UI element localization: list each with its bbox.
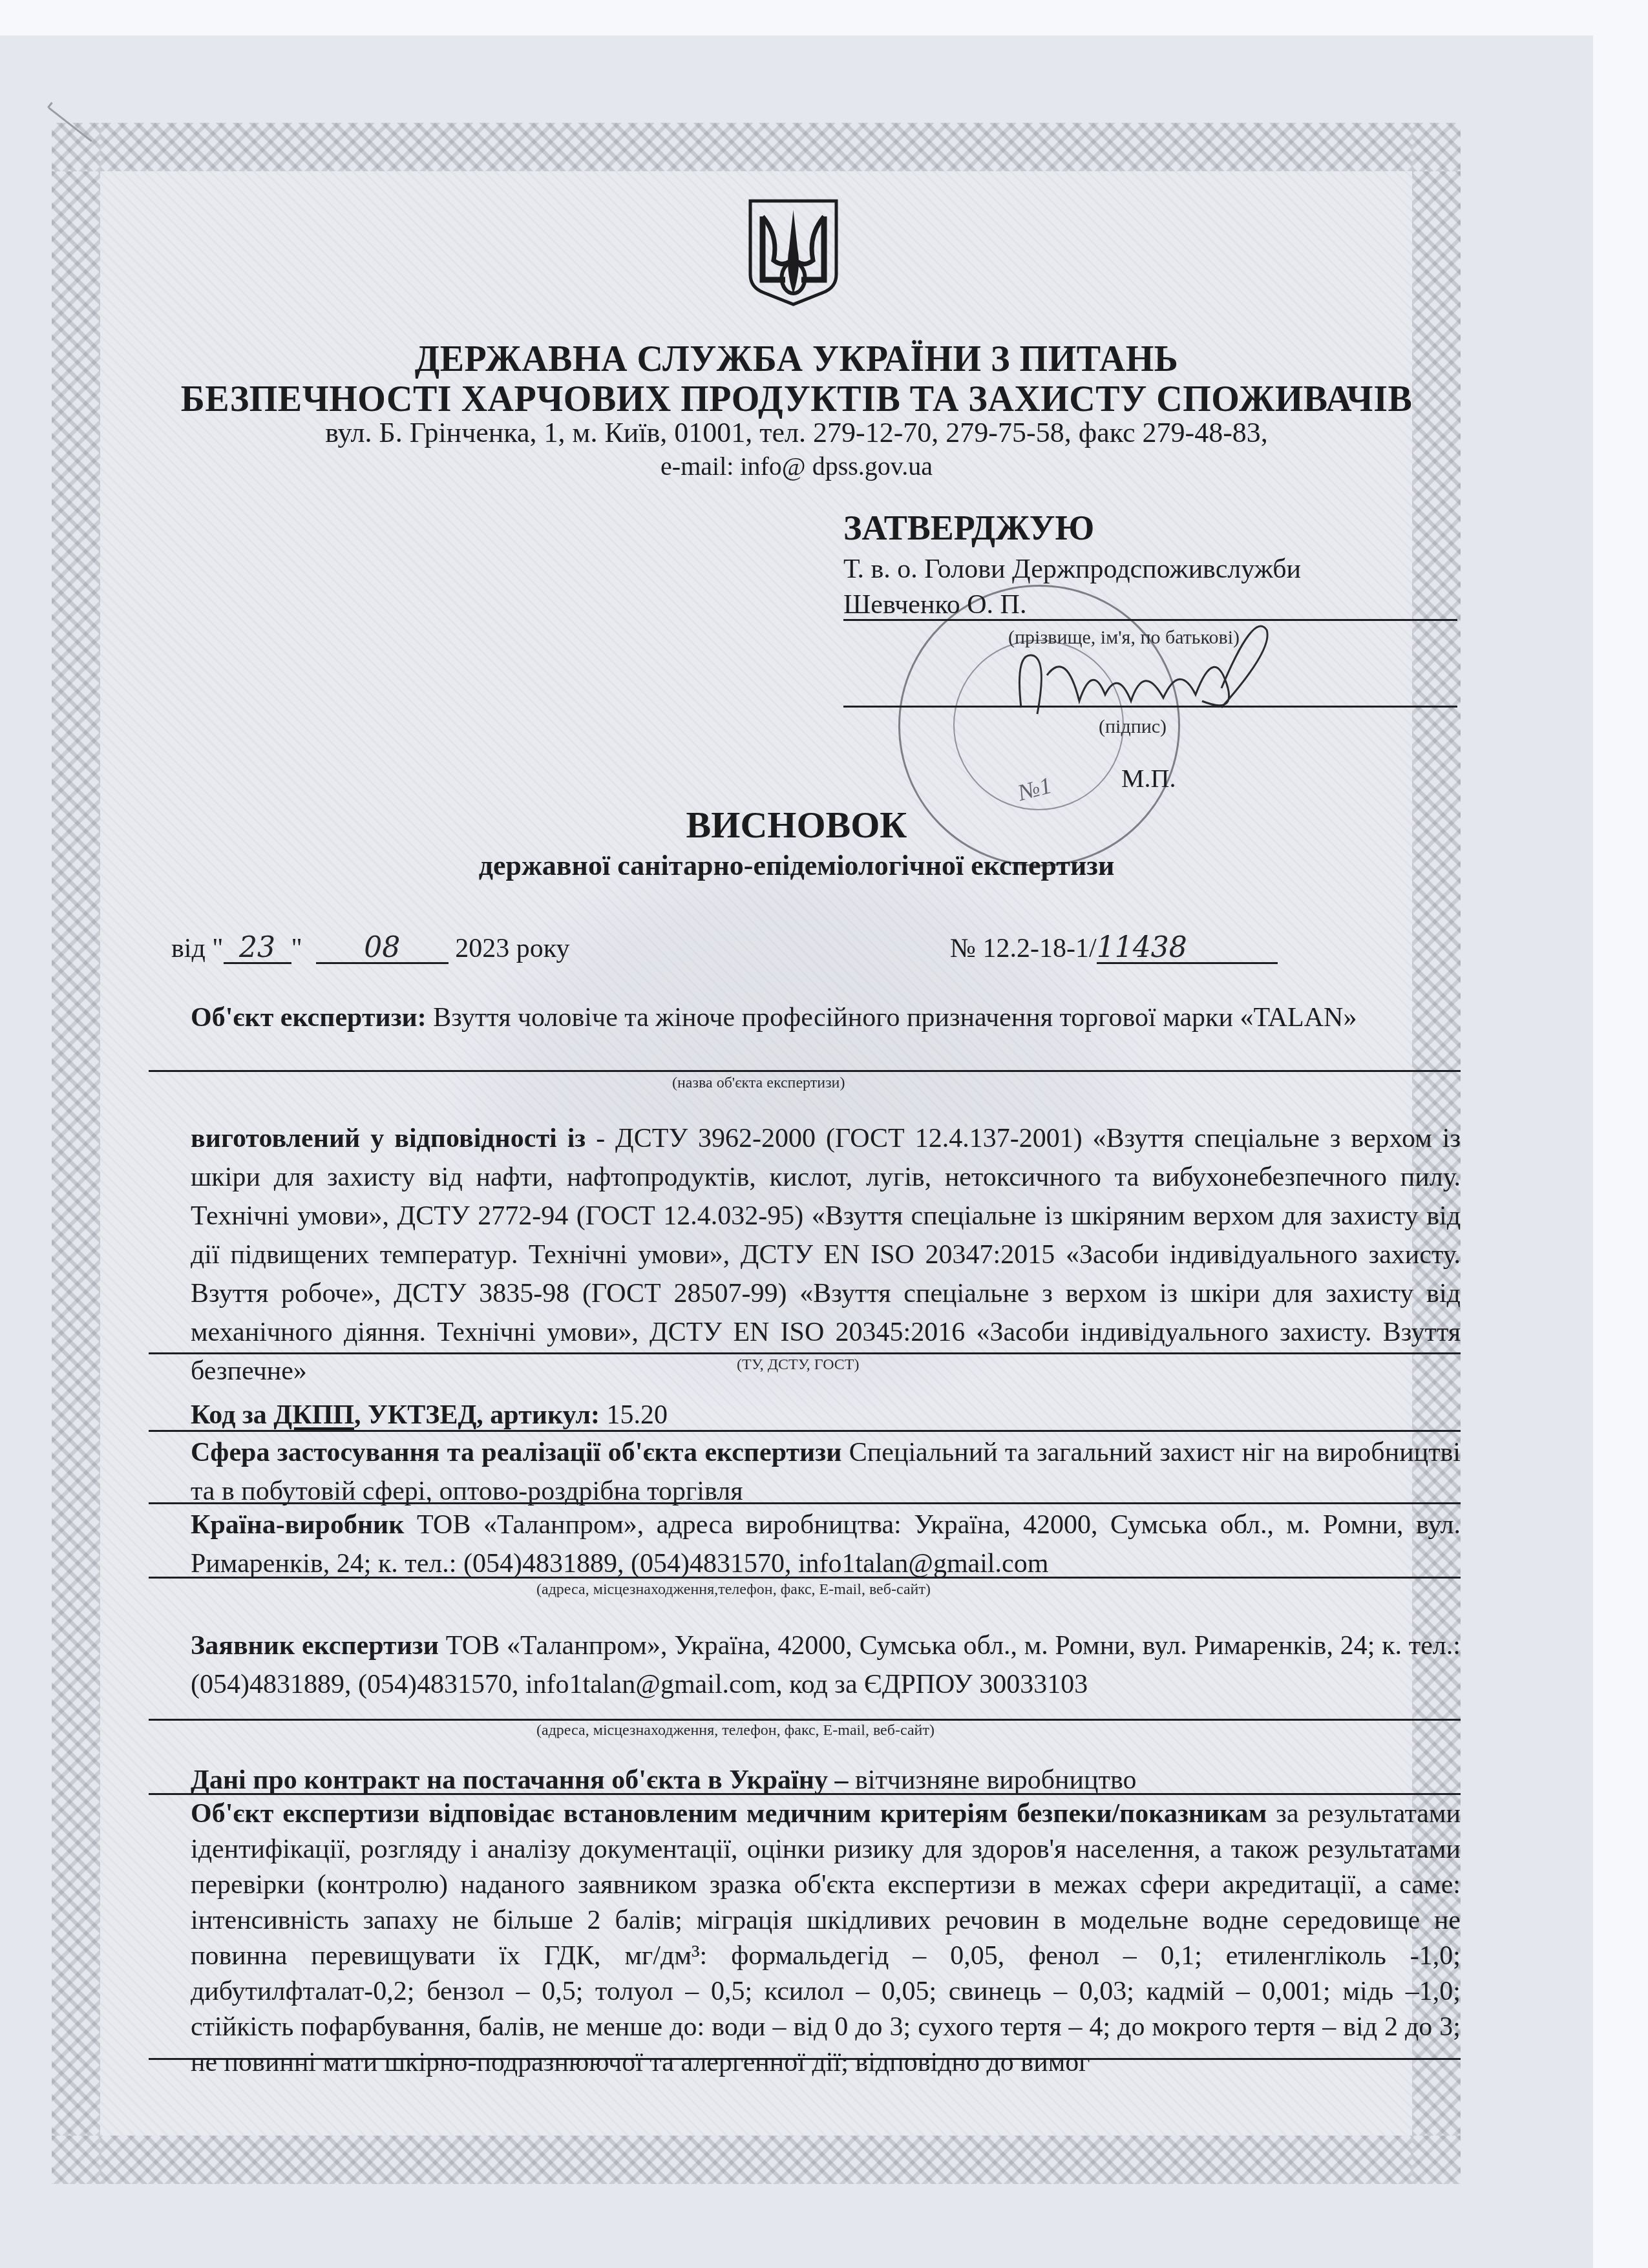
applicant-rule [149, 1719, 1461, 1721]
name-caption: (прізвище, ім'я, по батькові) [1008, 628, 1240, 647]
scope-label: Сфера застосування та реалізації об'єкта… [191, 1438, 841, 1467]
number-prefix: № 12.2-18-1/ [950, 934, 1097, 963]
document-date: від "23" 08 2023 року [171, 934, 569, 964]
org-name-line2: БЕЗПЕЧНОСТІ ХАРЧОВИХ ПРОДУКТІВ ТА ЗАХИСТ… [0, 381, 1593, 417]
ukraine-coat-of-arms-icon [746, 197, 840, 307]
field-applicant: Заявник експертизи ТОВ «Таланпром», Укра… [191, 1626, 1461, 1704]
number-handwritten: 11438 [1097, 934, 1278, 964]
manufacturer-label: Країна-виробник [191, 1510, 405, 1540]
applicant-label: Заявник експертизи [191, 1631, 439, 1661]
field-scope: Сфера застосування та реалізації об'єкта… [191, 1433, 1461, 1511]
date-month: 08 [316, 934, 449, 964]
name-rule [843, 619, 1457, 621]
contract-label: Дані про контракт на постачання об'єкта … [191, 1765, 848, 1795]
field-manufacturer: Країна-виробник ТОВ «Таланпром», адреса … [191, 1506, 1461, 1583]
date-quote: " [291, 934, 302, 963]
signature-rule [843, 706, 1457, 708]
document-title: ВИСНОВОК [0, 806, 1593, 844]
field-conclusion: Об'єкт експертизи відповідає встановлени… [191, 1796, 1461, 2081]
field-code: Код за ДКПП, УКТЗЕД, артикул: 15.20 [191, 1396, 1461, 1434]
code-rule [149, 1430, 1461, 1432]
scope-rule [149, 1502, 1461, 1504]
object-label: Об'єкт експертизи: [191, 1003, 427, 1033]
standards-label: виготовлений у відповідності із [191, 1124, 586, 1153]
document-subtitle: державної санітарно-епідеміологічної екс… [0, 852, 1593, 880]
conclusion-label: Об'єкт експертизи відповідає встановлени… [191, 1799, 1267, 1829]
conclusion-value: за результатами ідентифікації, розгляду … [191, 1799, 1461, 2077]
code-label-part1: Код за [191, 1400, 273, 1430]
document-number: № 12.2-18-1/11438 [950, 934, 1278, 964]
approval-title: ЗАТВЕРДЖУЮ [843, 510, 1094, 545]
org-address: вул. Б. Грінченка, 1, м. Київ, 01001, те… [0, 419, 1593, 447]
date-prefix: від " [171, 934, 224, 963]
conclusion-rule [149, 2058, 1461, 2060]
contract-value: вітчизняне виробництво [848, 1765, 1136, 1795]
standards-value: - ДСТУ 3962-2000 (ГОСТ 12.4.137-2001) «В… [191, 1124, 1461, 1386]
code-label-dkpp: ДКПП [273, 1400, 354, 1430]
standards-rule [149, 1352, 1461, 1354]
object-caption: (назва об'єкта експертизи) [672, 1075, 845, 1091]
object-value: Взуття чоловіче та жіноче професійного п… [433, 1003, 1357, 1033]
code-value: 15.20 [600, 1400, 668, 1430]
code-label-part2: , УКТЗЕД, артикул: [354, 1400, 600, 1430]
org-name-line1: ДЕРЖАВНА СЛУЖБА УКРАЇНИ З ПИТАНЬ [0, 341, 1593, 377]
applicant-caption: (адреса, місцезнаходження, телефон, факс… [536, 1723, 935, 1738]
stamp-caption: М.П. [1121, 766, 1176, 792]
date-day: 23 [224, 934, 291, 964]
signature-caption: (підпис) [1099, 717, 1167, 737]
field-object: Об'єкт експертизи: Взуття чоловіче та жі… [191, 998, 1461, 1037]
date-year: 2023 року [455, 934, 569, 963]
org-email: e-mail: info@ dpss.gov.ua [0, 454, 1593, 479]
manufacturer-rule [149, 1577, 1461, 1579]
manufacturer-caption: (адреса, місцезнаходження,телефон, факс,… [536, 1582, 931, 1597]
approver-name: Шевченко О. П. [843, 591, 1026, 618]
approver-position: Т. в. о. Голови Держпродспоживслужби [843, 556, 1301, 583]
contract-rule [149, 1793, 1461, 1795]
field-standards: виготовлений у відповідності із - ДСТУ 3… [191, 1119, 1461, 1391]
object-rule [149, 1070, 1461, 1072]
standards-caption: (ТУ, ДСТУ, ГОСТ) [737, 1357, 859, 1372]
